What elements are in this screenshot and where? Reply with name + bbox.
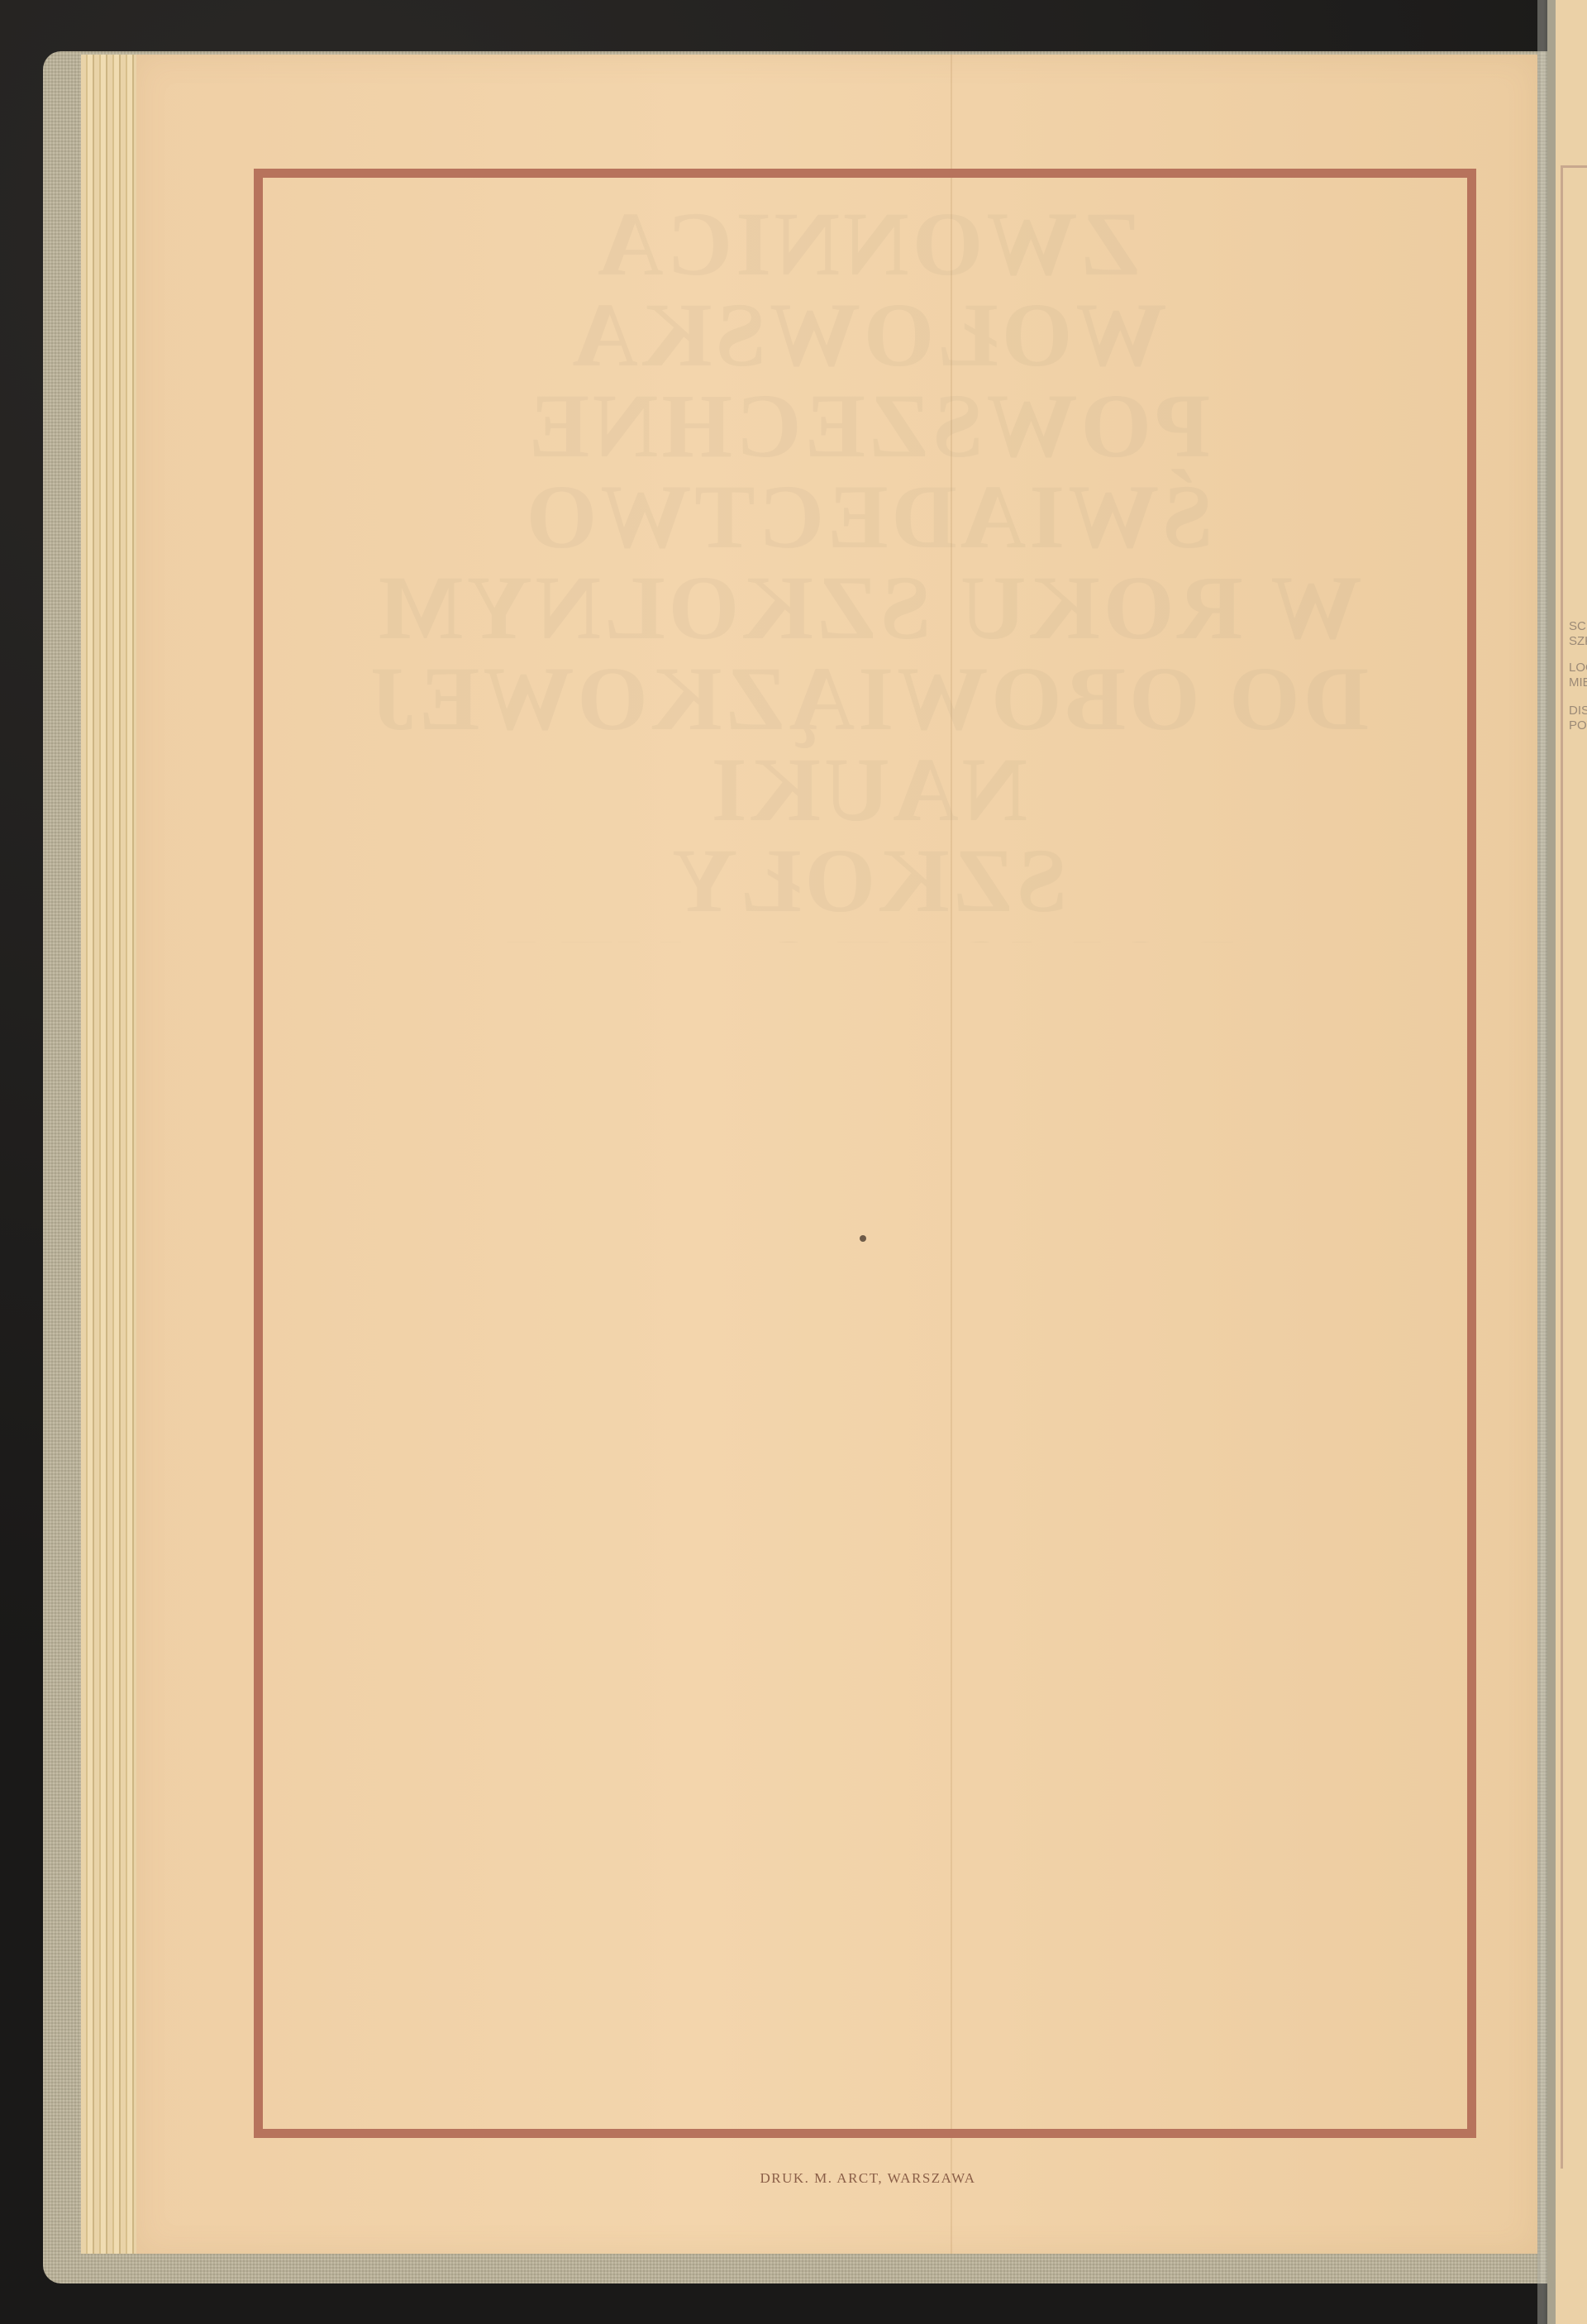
next-page-label: MIEJ xyxy=(1569,676,1587,690)
printer-imprint: DRUK. M. ARCT, WARSZAWA xyxy=(744,2170,992,2187)
next-page-label: DIST xyxy=(1569,704,1587,718)
ink-spot xyxy=(860,1235,866,1242)
printed-border-frame xyxy=(254,169,1476,2138)
next-page-frame xyxy=(1561,165,1587,2169)
next-page-label: SCHO xyxy=(1569,620,1587,633)
next-page-label: SZKO xyxy=(1569,635,1587,648)
page-edges xyxy=(81,55,139,2254)
next-page-label: LOCA xyxy=(1569,661,1587,675)
next-page-label: POW xyxy=(1569,719,1587,733)
